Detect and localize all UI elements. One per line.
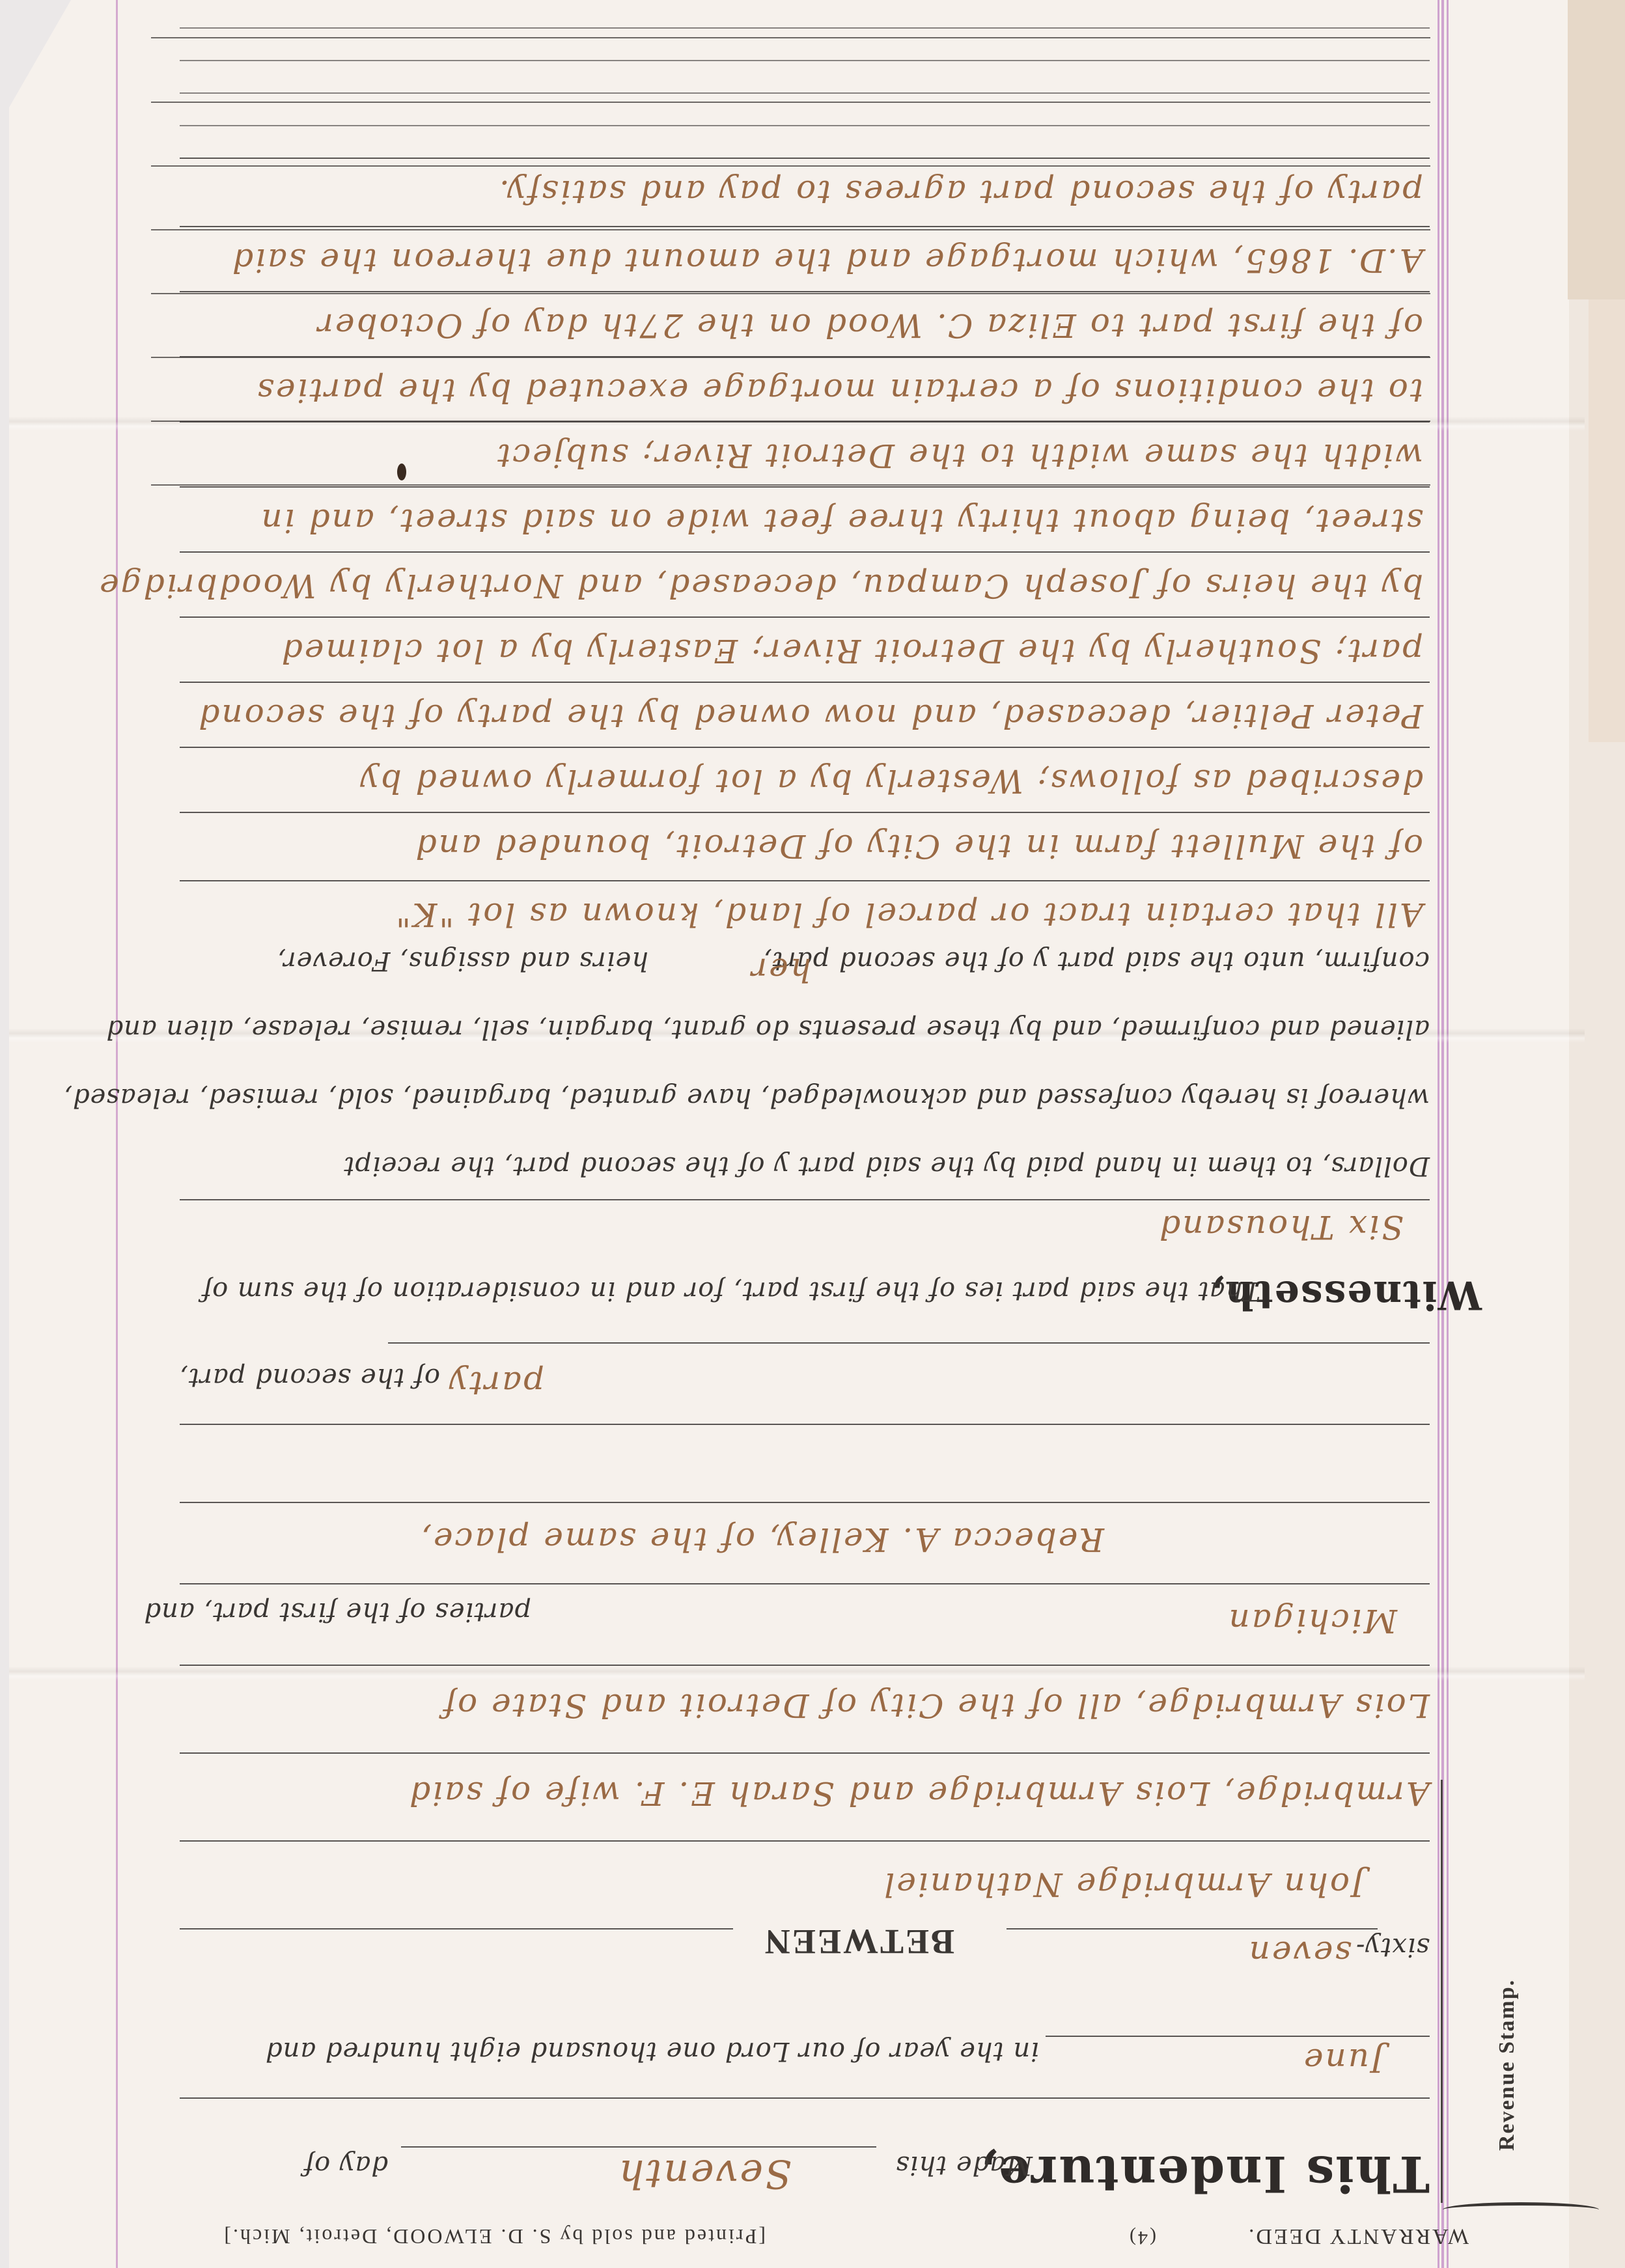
parties-line-4: Michigan bbox=[1227, 1602, 1397, 1640]
blank-line bbox=[180, 1928, 733, 1929]
day-handwritten: Seventh bbox=[617, 2151, 792, 2196]
rule-line bbox=[180, 1840, 1430, 1842]
ink-blot bbox=[397, 463, 406, 480]
first-part-label: parties of the first part, and bbox=[143, 1597, 531, 1627]
rule-line bbox=[180, 551, 1430, 553]
description-line-9: to the conditions of a certain mortgage … bbox=[255, 372, 1423, 409]
blank-rule bbox=[151, 229, 1430, 230]
rule-line bbox=[180, 158, 1430, 159]
aliened-line: aliened and confirmed, and by these pres… bbox=[106, 1014, 1430, 1044]
printer-credit: [Printed and sold by S. D. ELWOOD, Detro… bbox=[222, 2224, 766, 2248]
description-line-2: of the Mullett farm in the City of Detro… bbox=[414, 827, 1423, 865]
blank-rule bbox=[151, 421, 1430, 422]
rule-line bbox=[180, 616, 1430, 618]
blank-line bbox=[1046, 2036, 1430, 2037]
description-line-12: party of the second part agrees to pay a… bbox=[497, 173, 1423, 211]
deed-document: [Printed and sold by S. D. ELWOOD, Detro… bbox=[0, 0, 1625, 2268]
blank-line bbox=[1007, 1928, 1378, 1929]
parties-line-1: John Armbridge Nathaniel bbox=[882, 1866, 1365, 1903]
year-handwritten: seven bbox=[1247, 1934, 1352, 1972]
hereby-confessed-line: whereof is hereby confessed and acknowle… bbox=[63, 1083, 1430, 1113]
heirs-assigns-line: heirs and assigns, Forever, bbox=[277, 946, 648, 976]
rule-line bbox=[180, 1424, 1430, 1425]
rule-line bbox=[180, 486, 1430, 488]
description-line-4: Peter Peltier, deceased, and now owned b… bbox=[197, 697, 1423, 735]
rule-line bbox=[180, 125, 1430, 126]
rule-line bbox=[388, 1342, 1430, 1344]
rule-line bbox=[180, 1199, 1430, 1200]
parties-line-3: Lois Armbridge, all of the City of Detro… bbox=[441, 1687, 1430, 1724]
party-handwritten: party bbox=[447, 1364, 544, 1402]
description-line-10: of the first part to Eliza C. Wood on th… bbox=[316, 307, 1423, 344]
blank-rule bbox=[151, 37, 1430, 38]
rule-line bbox=[180, 92, 1430, 94]
witnesseth-text: That the said part ies of the first part… bbox=[201, 1276, 1260, 1306]
month-handwritten: June bbox=[1302, 2041, 1384, 2079]
revenue-stamp-label: Revenue Stamp. bbox=[1495, 1979, 1520, 2151]
blank-rule bbox=[151, 484, 1430, 486]
rule-line bbox=[180, 682, 1430, 683]
between-label: BETWEEN bbox=[763, 1922, 954, 1962]
description-line-6: by the heirs of Joseph Campau, deceased,… bbox=[98, 567, 1423, 605]
form-number: (4) bbox=[1128, 2226, 1156, 2248]
confirm-line: confirm, unto the said part y of the sec… bbox=[763, 946, 1430, 976]
year-text: in the year of our Lord one thousand eig… bbox=[265, 2036, 1039, 2066]
description-line-5: part; Southerly by the Detroit River; Ea… bbox=[280, 632, 1423, 670]
rule-line bbox=[180, 1583, 1430, 1584]
rule-line bbox=[180, 880, 1430, 881]
rule-line bbox=[180, 60, 1430, 61]
consideration-amount: Six Thousand bbox=[1158, 1208, 1404, 1246]
rule-line bbox=[180, 291, 1430, 292]
second-part-label: of the second part, bbox=[179, 1362, 440, 1392]
description-line-8: width the same width to the Detroit Rive… bbox=[495, 437, 1423, 475]
rule-line bbox=[180, 2097, 1430, 2099]
grantee-line: Rebecca A. Kelley, of the same place, bbox=[419, 1521, 1104, 1558]
form-name: WARRANTY DEED. bbox=[1247, 2224, 1469, 2248]
sixty-label: sixty- bbox=[1355, 1932, 1430, 1962]
rule-line bbox=[180, 812, 1430, 813]
description-line-3: described as follows; Westerly by a lot … bbox=[358, 762, 1423, 800]
day-of-label: day of bbox=[303, 2150, 388, 2180]
description-line-11: A.D. 1865, which mortgage and the amount… bbox=[230, 242, 1423, 279]
rule-line bbox=[180, 747, 1430, 748]
revenue-stamp-box bbox=[1441, 1780, 1443, 2203]
blank-rule bbox=[151, 357, 1430, 358]
blank-rule bbox=[151, 102, 1430, 103]
blank-rule bbox=[151, 293, 1430, 294]
description-line-7: street, being about thirty three feet wi… bbox=[259, 502, 1423, 540]
deed-title: This Indenture, bbox=[979, 2145, 1430, 2203]
made-this-label: Made this bbox=[895, 2150, 1033, 2180]
blank-line bbox=[401, 2146, 876, 2148]
rule-line bbox=[180, 27, 1430, 29]
rule-line bbox=[180, 1665, 1430, 1666]
description-line-1: All that certain tract or parcel of land… bbox=[394, 896, 1423, 933]
dollars-line: Dollars, to them in hand paid by the sai… bbox=[343, 1151, 1430, 1181]
parties-line-2: Armbridge, Lois Armbridge and Sarah E. F… bbox=[408, 1775, 1430, 1812]
blank-rule bbox=[151, 165, 1430, 167]
rule-line bbox=[180, 226, 1430, 227]
rule-line bbox=[180, 1752, 1430, 1754]
stamp-box-ornament bbox=[1443, 2202, 1599, 2217]
her-handwritten: her bbox=[749, 951, 811, 989]
rule-line bbox=[180, 1502, 1430, 1503]
